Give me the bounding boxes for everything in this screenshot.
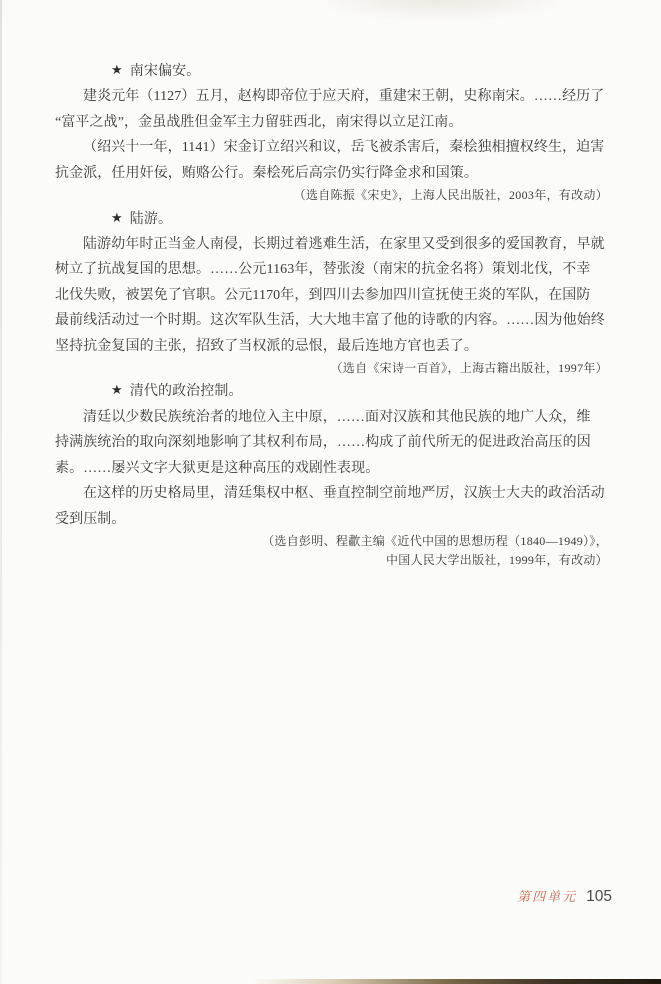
section: ★清代的政治控制。清廷以少数民族统治者的地位入主中原，……面对汉族和其他民族的地… bbox=[55, 378, 608, 570]
text-line: 持满族统治的取向深刻地影响了其权利布局，……构成了前代所无的促进政治高压的因 bbox=[55, 430, 608, 455]
star-icon: ★ bbox=[83, 377, 123, 402]
section-heading: ★南宋偏安。 bbox=[55, 58, 608, 84]
scan-bottom-edge bbox=[0, 979, 661, 984]
text-line: 中国人民大学出版社，1999年，有改动） bbox=[55, 551, 608, 571]
text-line: 素。……屡兴文字大狱更是这种高压的戏剧性表现。 bbox=[55, 456, 608, 481]
text-line: 在这样的历史格局里，清廷集权中枢、垂直控制空前地严厉，汉族士大夫的政治活动 bbox=[55, 481, 608, 506]
paragraph: 清廷以少数民族统治者的地位入主中原，……面对汉族和其他民族的地广人众，维持满族统… bbox=[55, 405, 608, 481]
text-line: 树立了抗战复国的思想。……公元1163年，替张浚（南宋的抗金名将）策划北伐，不幸 bbox=[55, 257, 608, 282]
text-line: 陆游幼年时正当金人南侵，长期过着逃难生活，在家里又受到很多的爱国教育，早就 bbox=[55, 232, 608, 257]
text-line: 坚持抗金复国的主张，招致了当权派的忌恨，最后连地方官也丢了。 bbox=[55, 334, 608, 359]
section-title: 南宋偏安。 bbox=[130, 64, 201, 79]
section-title: 清代的政治控制。 bbox=[130, 384, 243, 399]
text-line: （选自陈振《宋史》，上海人民出版社，2003年，有改动） bbox=[55, 186, 608, 206]
text-line: 最前线活动过一个时期。这次军队生活，大大地丰富了他的诗歌的内容。……因为他始终 bbox=[55, 308, 608, 333]
page-content: ★南宋偏安。建炎元年（1127）五月，赵构即帝位于应天府，重建宋王朝，史称南宋。… bbox=[55, 58, 608, 571]
paragraph: 陆游幼年时正当金人南侵，长期过着逃难生活，在家里又受到很多的爱国教育，早就树立了… bbox=[55, 232, 608, 359]
text-line: （选自彭明、程歗主编《近代中国的思想历程（1840—1949）》， bbox=[55, 532, 608, 552]
section: ★陆游。陆游幼年时正当金人南侵，长期过着逃难生活，在家里又受到很多的爱国教育，早… bbox=[55, 206, 608, 379]
scan-smudge bbox=[300, 0, 580, 24]
text-line: （选自《宋诗一百首》，上海古籍出版社，1997年） bbox=[55, 359, 608, 379]
text-line: 清廷以少数民族统治者的地位入主中原，……面对汉族和其他民族的地广人众，维 bbox=[55, 405, 608, 430]
section-heading: ★清代的政治控制。 bbox=[55, 378, 608, 404]
text-line: （绍兴十一年，1141）宋金订立绍兴和议，岳飞被杀害后，秦桧独相擅权终生，迫害 bbox=[55, 135, 608, 160]
paragraph: 在这样的历史格局里，清廷集权中枢、垂直控制空前地严厉，汉族士大夫的政治活动受到压… bbox=[55, 481, 608, 532]
text-line: “富平之战”，金虽战胜但金军主力留驻西北，南宋得以立足江南。 bbox=[55, 110, 608, 135]
section-heading: ★陆游。 bbox=[55, 206, 608, 232]
section: ★南宋偏安。建炎元年（1127）五月，赵构即帝位于应天府，重建宋王朝，史称南宋。… bbox=[55, 58, 608, 206]
section-title: 陆游。 bbox=[130, 212, 172, 227]
paragraph: 建炎元年（1127）五月，赵构即帝位于应天府，重建宋王朝，史称南宋。……经历了“… bbox=[55, 84, 608, 135]
citation: （选自彭明、程歗主编《近代中国的思想历程（1840—1949）》，中国人民大学出… bbox=[55, 532, 608, 571]
text-line: 建炎元年（1127）五月，赵构即帝位于应天府，重建宋王朝，史称南宋。……经历了 bbox=[55, 84, 608, 109]
citation: （选自《宋诗一百首》，上海古籍出版社，1997年） bbox=[55, 359, 608, 379]
text-line: 抗金派，任用奸佞，贿赂公行。秦桧死后高宗仍实行降金求和国策。 bbox=[55, 161, 608, 186]
unit-label: 第四单元 bbox=[517, 886, 577, 905]
text-line: 北伐失败，被罢免了官职。公元1170年，到四川去参加四川宣抚使王炎的军队，在国防 bbox=[55, 283, 608, 308]
citation: （选自陈振《宋史》，上海人民出版社，2003年，有改动） bbox=[55, 186, 608, 206]
text-line: 受到压制。 bbox=[55, 507, 608, 532]
star-icon: ★ bbox=[83, 205, 123, 230]
paragraph: （绍兴十一年，1141）宋金订立绍兴和议，岳飞被杀害后，秦桧独相擅权终生，迫害抗… bbox=[55, 135, 608, 186]
page-footer: 第四单元 105 bbox=[517, 886, 612, 906]
page-number: 105 bbox=[586, 888, 612, 906]
star-icon: ★ bbox=[83, 57, 123, 82]
scan-left-edge bbox=[0, 0, 2, 984]
